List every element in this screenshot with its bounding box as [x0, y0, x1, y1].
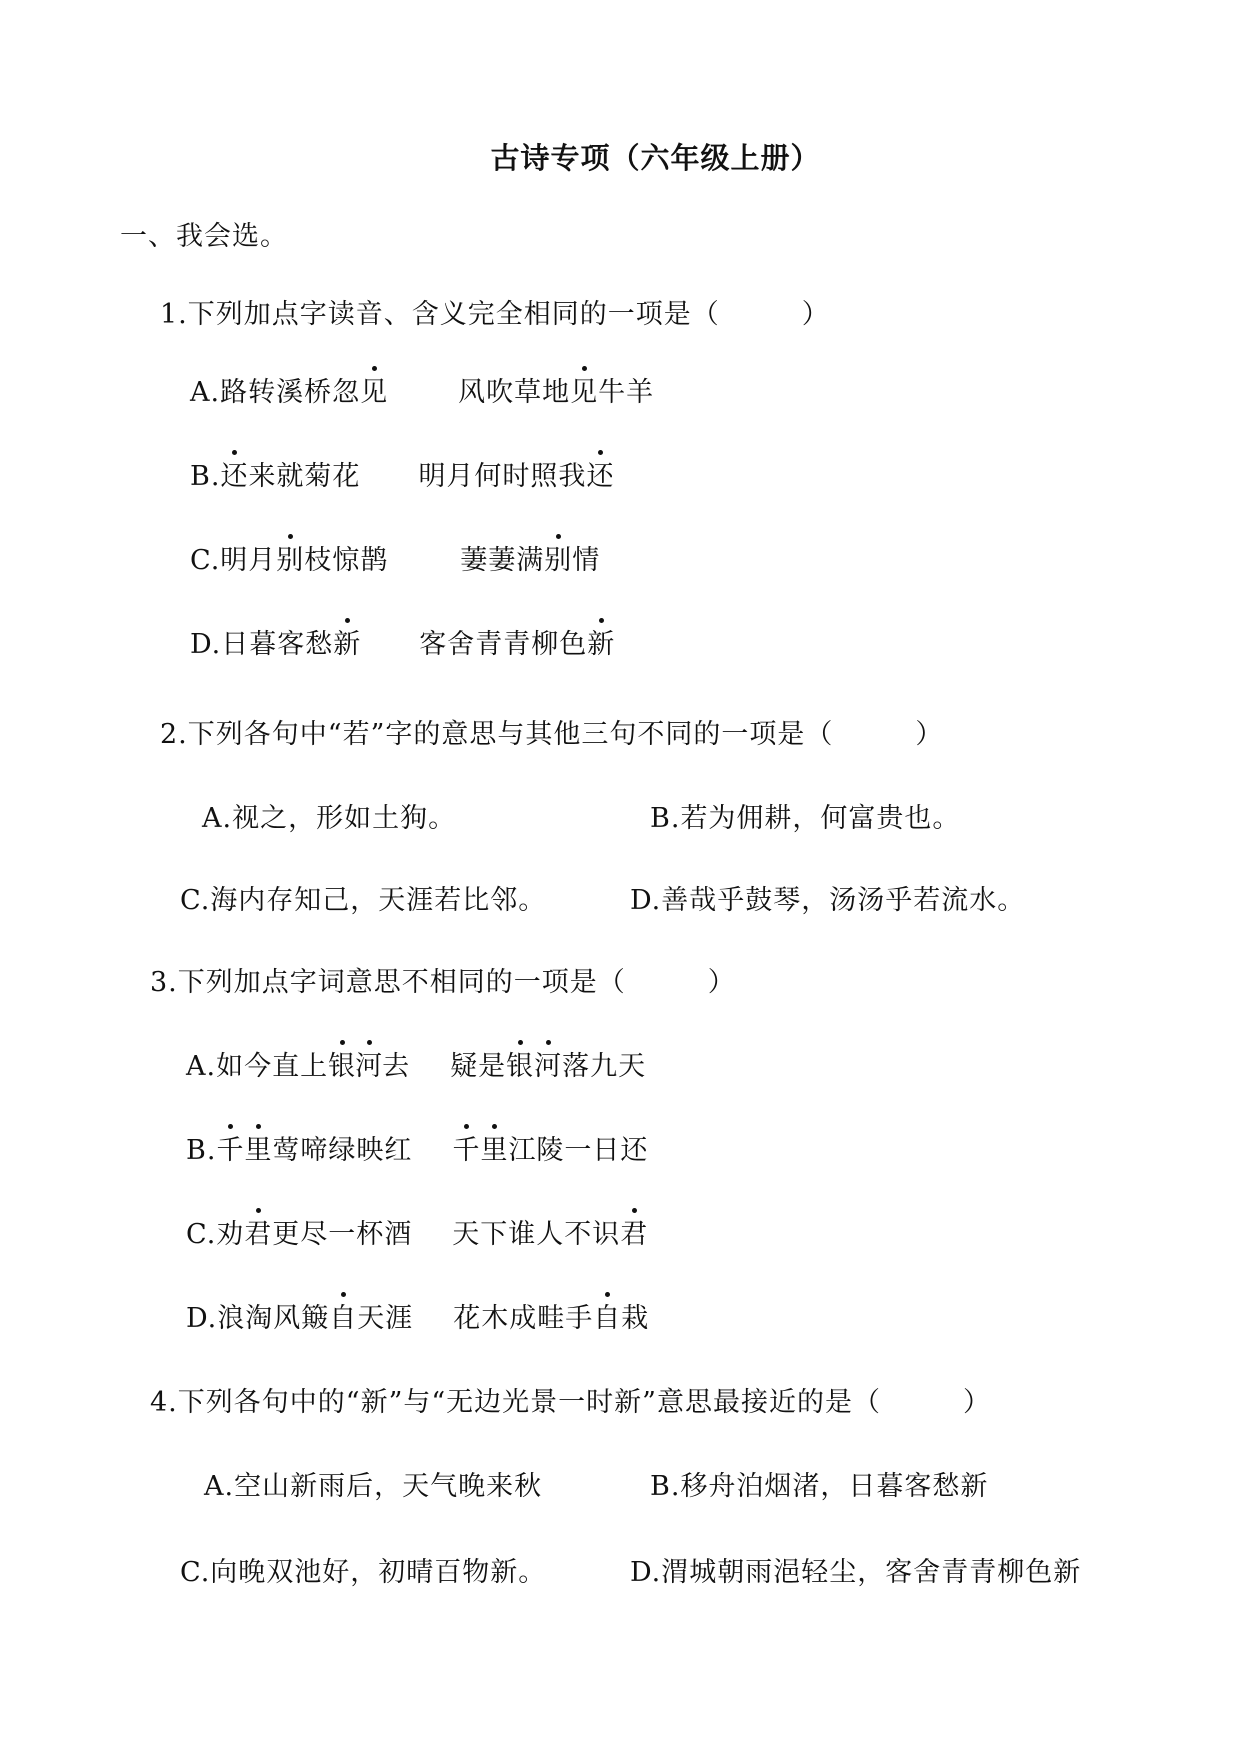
question-close: ） [963, 1387, 991, 1418]
question-number: 4. [150, 1387, 178, 1418]
question-close: ） [802, 299, 830, 330]
option-label: B. [186, 1135, 216, 1166]
dotted-char: 新 [333, 628, 361, 662]
q2-option-a: A.视之，形如土狗。 [202, 802, 456, 836]
q2-option-c: C.海内存知己，天涯若比邻。 [180, 884, 546, 918]
question-text: 下列加点字词意思不相同的一项是（ [178, 967, 626, 998]
q1-option-d: D.日暮客愁新客舍青青柳色新 [190, 628, 615, 662]
option-text: 萋萋满 [460, 545, 544, 576]
question-3-stem: 3.下列加点字词意思不相同的一项是（） [150, 966, 736, 1000]
option-text: 天下谁人不识 [452, 1219, 620, 1250]
option-text: 劝 [216, 1219, 244, 1250]
dotted-char: 还 [220, 460, 248, 494]
question-number: 1. [160, 299, 188, 330]
q4-option-a: A.空山新雨后，天气晚来秋 [204, 1470, 542, 1504]
dotted-char: 里 [244, 1134, 272, 1168]
q3-option-c: C.劝君更尽一杯酒天下谁人不识君 [186, 1218, 648, 1252]
dotted-chars: 银河 [506, 1051, 562, 1082]
option-text: 落九天 [562, 1051, 646, 1082]
dotted-chars: 银河 [328, 1051, 382, 1082]
option-text: 栽 [621, 1303, 649, 1334]
option-label: D. [190, 629, 221, 660]
option-text: 浪淘风簸 [217, 1303, 329, 1334]
option-text: 牛羊 [598, 377, 654, 408]
option-label: B. [650, 803, 680, 834]
option-text: 花木成畦手 [453, 1303, 593, 1334]
dotted-char: 君 [244, 1218, 272, 1252]
option-text: 枝惊鹊 [304, 545, 388, 576]
question-4-stem: 4.下列各句中的“新”与“无边光景一时新”意思最接近的是（） [150, 1386, 991, 1420]
option-text: 天涯 [357, 1303, 413, 1334]
option-label: A. [204, 1471, 234, 1502]
worksheet-page: 古诗专项（六年级上册） 一、我会选。 1.下列加点字读音、含义完全相同的一项是（… [0, 0, 1241, 1754]
q4-option-c: C.向晚双池好，初晴百物新。 [180, 1556, 546, 1590]
dotted-char: 君 [620, 1218, 648, 1252]
q2-option-d: D.善哉乎鼓琴，汤汤乎若流水。 [630, 884, 1025, 918]
option-text: 向晚双池好，初晴百物新。 [210, 1557, 546, 1588]
question-text: 下列各句中“若”字的意思与其他三句不同的一项是（ [188, 719, 834, 750]
dotted-char: 还 [586, 460, 614, 494]
page-title: 古诗专项（六年级上册） [0, 136, 1241, 177]
option-text: 海内存知己，天涯若比邻。 [210, 885, 546, 916]
dotted-chars: 千里 [452, 1135, 508, 1166]
q1-option-c: C.明月别枝惊鹊萋萋满别情 [190, 544, 600, 578]
dotted-char: 千 [216, 1134, 244, 1168]
option-text: 风吹草地 [458, 377, 570, 408]
option-text: 情 [572, 545, 600, 576]
option-text: 善哉乎鼓琴，汤汤乎若流水。 [661, 885, 1025, 916]
option-label: A. [190, 377, 220, 408]
option-text: 空山新雨后，天气晚来秋 [234, 1471, 542, 1502]
option-text: 更尽一杯酒 [272, 1219, 412, 1250]
option-label: A. [202, 803, 232, 834]
option-label: B. [650, 1471, 680, 1502]
dotted-chars: 千里 [216, 1135, 272, 1166]
dotted-char: 河 [355, 1050, 382, 1084]
q3-option-b: B.千里莺啼绿映红千里江陵一日还 [186, 1134, 648, 1168]
option-text: 路转溪桥忽 [220, 377, 360, 408]
option-text: 来就菊花 [248, 461, 360, 492]
question-text: 下列各句中的“新”与“无边光景一时新”意思最接近的是（ [178, 1387, 881, 1418]
option-text: 渭城朝雨浥轻尘，客舍青青柳色新 [661, 1557, 1081, 1588]
option-text: 客舍青青柳色 [419, 629, 587, 660]
dotted-char: 里 [480, 1134, 508, 1168]
dotted-char: 银 [506, 1050, 534, 1084]
dotted-char: 千 [452, 1134, 480, 1168]
option-text: 明月何时照我 [418, 461, 586, 492]
option-text: 江陵一日还 [508, 1135, 648, 1166]
dotted-char: 自 [329, 1302, 357, 1336]
dotted-char: 河 [534, 1050, 562, 1084]
option-label: C. [190, 545, 220, 576]
option-text: 移舟泊烟渚，日暮客愁新 [680, 1471, 988, 1502]
option-text: 疑是 [450, 1051, 506, 1082]
question-number: 3. [150, 967, 178, 998]
q4-option-b: B.移舟泊烟渚，日暮客愁新 [650, 1470, 988, 1504]
q3-option-a: A.如今直上银河去疑是银河落九天 [186, 1050, 646, 1084]
question-2-stem: 2.下列各句中“若”字的意思与其他三句不同的一项是（） [160, 718, 943, 752]
option-label: D. [186, 1303, 217, 1334]
dotted-char: 别 [544, 544, 572, 578]
question-close: ） [915, 719, 943, 750]
q3-option-d: D.浪淘风簸自天涯花木成畦手自栽 [186, 1302, 649, 1336]
q1-option-b: B.还来就菊花明月何时照我还 [190, 460, 614, 494]
dotted-char: 自 [593, 1302, 621, 1336]
option-text: 明月 [220, 545, 276, 576]
option-label: C. [180, 885, 210, 916]
section-heading: 一、我会选。 [120, 220, 288, 254]
dotted-char: 见 [570, 376, 598, 410]
option-label: D. [630, 885, 661, 916]
dotted-char: 新 [587, 628, 615, 662]
q4-option-d: D.渭城朝雨浥轻尘，客舍青青柳色新 [630, 1556, 1081, 1590]
option-text: 视之，形如土狗。 [232, 803, 456, 834]
option-label: D. [630, 1557, 661, 1588]
dotted-char: 银 [328, 1050, 355, 1084]
question-number: 2. [160, 719, 188, 750]
option-label: B. [190, 461, 220, 492]
dotted-char: 见 [360, 376, 388, 410]
option-label: C. [186, 1219, 216, 1250]
option-text: 日暮客愁 [221, 629, 333, 660]
option-text: 若为佣耕，何富贵也。 [680, 803, 960, 834]
option-text: 莺啼绿映红 [272, 1135, 412, 1166]
option-label: A. [186, 1051, 216, 1082]
dotted-char: 别 [276, 544, 304, 578]
q1-option-a: A.路转溪桥忽见风吹草地见牛羊 [190, 376, 654, 410]
question-close: ） [708, 967, 736, 998]
option-text: 如今直上 [216, 1051, 328, 1082]
question-text: 下列加点字读音、含义完全相同的一项是（ [188, 299, 720, 330]
option-label: C. [180, 1557, 210, 1588]
option-text: 去 [382, 1051, 410, 1082]
question-1-stem: 1.下列加点字读音、含义完全相同的一项是（） [160, 298, 830, 332]
q2-option-b: B.若为佣耕，何富贵也。 [650, 802, 960, 836]
